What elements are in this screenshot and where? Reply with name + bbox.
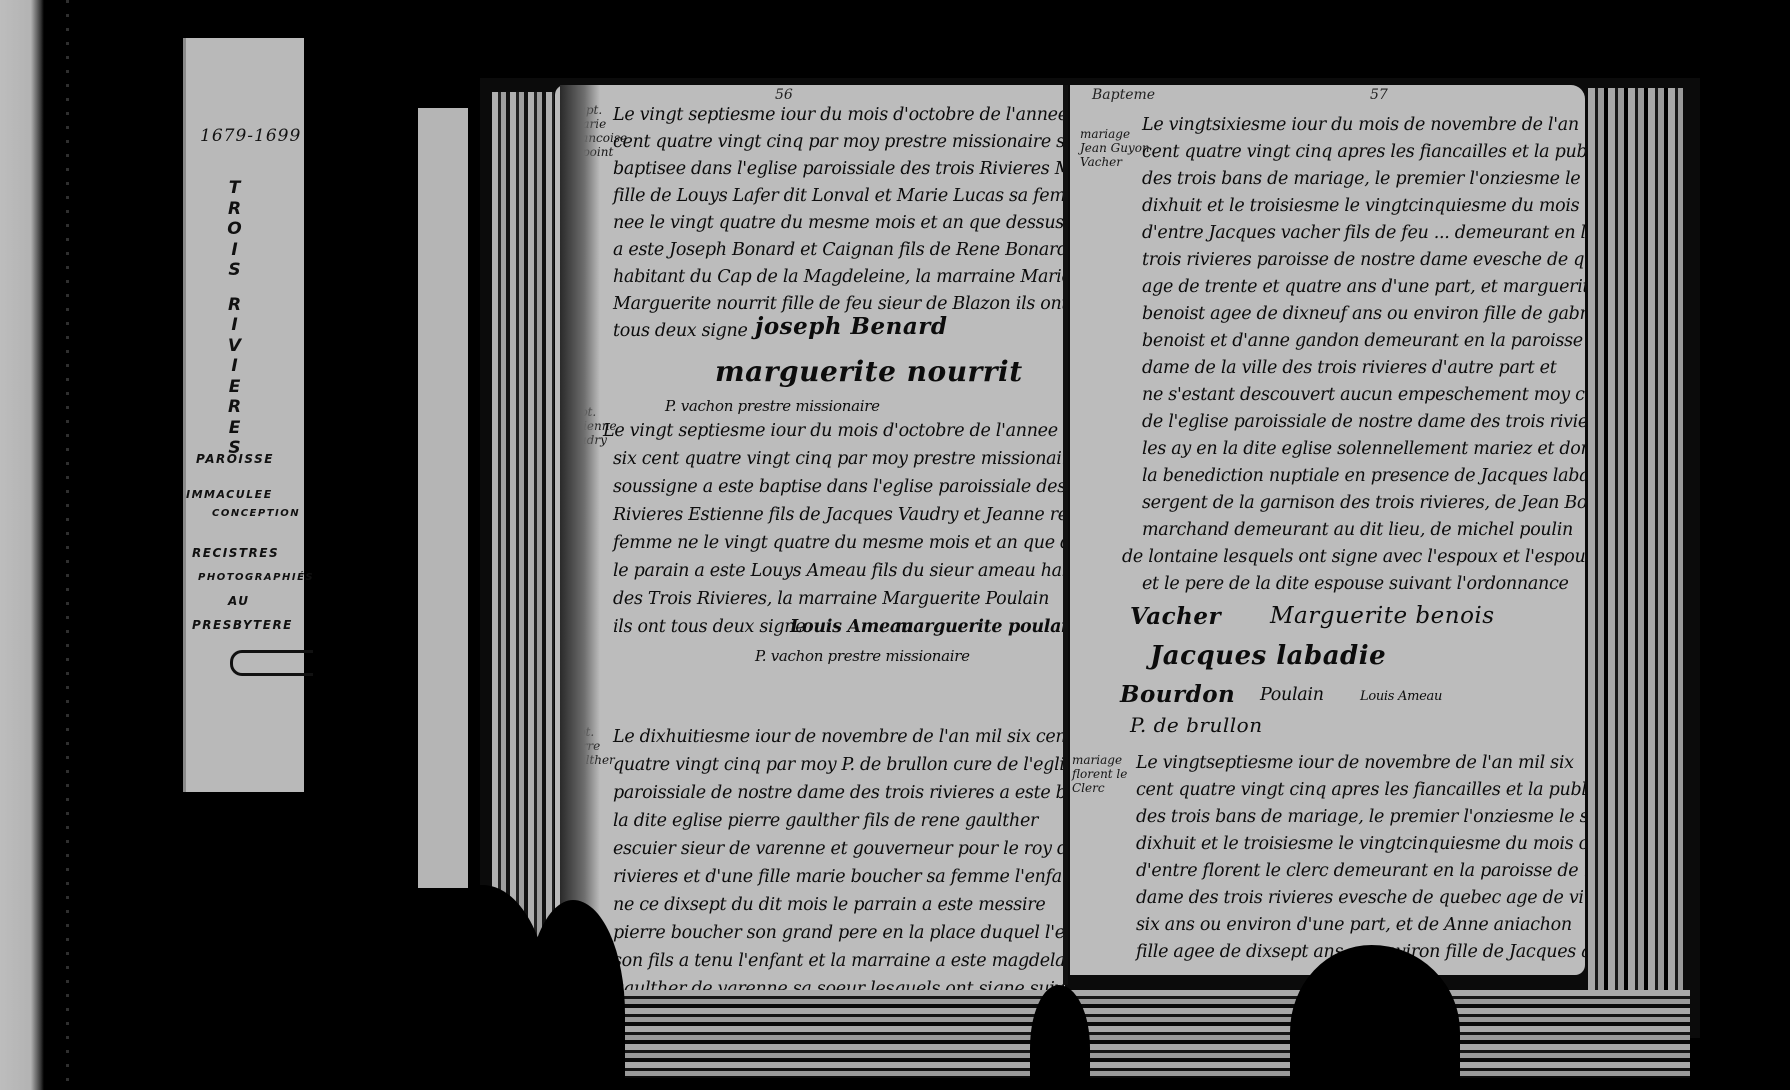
text-line: benoist et d'anne gandon demeurant en la… [1142,331,1585,351]
signature: P. vachon prestre missionaire [665,397,880,415]
text-line: benoist agee de dixneuf ans ou environ f… [1142,304,1585,324]
text-line: cent quatre vingt cinq apres les fiancai… [1142,142,1585,162]
bookmark-strip [418,108,468,888]
signature: marguerite nourrit [715,355,1023,388]
text-line: d'entre florent le clerc demeurant en la… [1136,861,1585,881]
text-line: des Trois Rivieres, la marraine Margueri… [613,589,1049,609]
text-line: femme ne le vingt quatre du mesme mois e… [613,533,1065,553]
signature: P. de brullon [1130,713,1263,737]
registers-line4: PRESBYTERE [192,618,293,632]
text-line: baptisee dans l'eglise paroissiale des t… [613,159,1065,179]
text-line: nee le vingt quatre du mesme mois et an … [613,213,1065,233]
parish-label: PAROISSE [196,452,274,466]
text-line: dixhuit et le troisiesme le vingtcinquie… [1142,196,1585,216]
margin-note: mariage Jean Guyon Vacher [1080,127,1150,169]
header-note: Bapteme [1092,87,1155,103]
text-line: Le vingtseptiesme iour de novembre de l'… [1136,753,1574,773]
text-line: ne ce dixsept du dit mois le parrain a e… [613,895,1045,915]
registers-line2: PHOTOGRAPHIÉS [198,572,314,583]
text-line: paroissiale de nostre dame des trois riv… [613,783,1065,803]
text-line: six cent quatre vingt cinq par moy prest… [613,449,1065,469]
text-line: son fils a tenu l'enfant et la marraine … [613,951,1065,971]
page-number: 56 [775,87,793,103]
text-line: Le dixhuitiesme iour de novembre de l'an… [613,727,1065,747]
text-line: a este Joseph Bonard et Caignan fils de … [613,240,1065,260]
scanner-edge [0,0,44,1090]
text-line: cent quatre vingt cinq par moy prestre m… [613,132,1065,152]
margin-note: mariage florent le Clerc [1072,753,1127,795]
text-line: rivieres et d'une fille marie boucher sa… [613,867,1065,887]
parish-name-line2: CONCEPTION [212,508,300,519]
title-card: 1679-1699 T R O I S R I V I E R E S PARO… [183,38,304,792]
text-line: gaulther de varenne sa soeur lesquels on… [613,979,1065,990]
text-line: les ay en la dite eglise solennellement … [1142,439,1585,459]
text-line: Le vingtsixiesme iour du mois de novembr… [1142,115,1585,135]
register-years: 1679-1699 [200,126,301,146]
signature: Vacher [1130,603,1221,630]
text-line: ne s'estant descouvert aucun empeschemen… [1142,385,1585,405]
registers-line1: RECISTRES [192,546,279,560]
page-number: 57 [1370,87,1388,103]
text-line: dame de la ville des trois rivieres d'au… [1142,358,1556,378]
text-line: Le vingt septiesme iour du mois d'octobr… [603,421,1065,441]
text-line: dixhuit et le troisiesme le vingtcinquie… [1136,834,1585,854]
text-line: habitant du Cap de la Magdeleine, la mar… [613,267,1065,287]
text-line: fille de Louys Lafer dit Lonval et Marie… [613,186,1065,206]
text-line: des trois bans de mariage, le premier l'… [1142,169,1585,189]
text-line: Rivieres Estienne fils de Jacques Vaudry… [613,505,1065,525]
text-line: sergent de la garnison des trois riviere… [1142,493,1585,513]
text-line: le parain a este Louys Ameau fils du sie… [613,561,1065,581]
text-line: Marguerite nourrit fille de feu sieur de… [613,294,1065,314]
text-line: six ans ou environ d'une part, et de Ann… [1136,915,1572,935]
paperclip-icon [230,650,313,676]
page-edges-bottom [590,990,1690,1078]
text-line: dame des trois rivieres evesche de quebe… [1136,888,1585,908]
text-line: cent quatre vingt cinq apres les fiancai… [1136,780,1585,800]
text-line: Le vingt septiesme iour du mois d'octobr… [613,105,1065,125]
text-line: marchand demeurant au dit lieu, de miche… [1142,520,1573,540]
text-line: soussigne a este baptise dans l'eglise p… [613,477,1065,497]
text-line: escuier sieur de varenne et gouverneur p… [613,839,1065,859]
place-name-vertical: T R O I S R I V I E R E S [226,178,244,459]
text-line: et le pere de la dite espouse suivant l'… [1142,574,1569,594]
text-line: la benediction nuptiale en presence de J… [1142,466,1585,486]
page-margin-shadow [560,85,600,990]
right-page: Bapteme 57 mariage Jean Guyon Vacher Le … [1070,85,1585,975]
text-line: tous deux signe [613,321,748,341]
signature: Jacques labadie [1150,641,1386,671]
text-line: d'entre Jacques vacher fils de feu ... d… [1142,223,1585,243]
film-perforation [66,0,69,1090]
signature: marguerite poulain [895,617,1065,637]
signature: joseph Benard [755,313,947,340]
signature: Marguerite benois [1270,603,1495,629]
text-line: trois rivieres paroisse de nostre dame e… [1142,250,1585,270]
signature: Bourdon [1120,681,1235,708]
text-line: ils ont tous deux signe [613,617,805,637]
parish-name-line1: IMMACULEE [186,488,273,501]
signature: Poulain [1260,685,1324,705]
text-line: la dite eglise pierre gaulther fils de r… [613,811,1038,831]
text-line: de lontaine lesquels ont signe avec l'es… [1122,547,1585,567]
text-line: age de trente et quatre ans d'une part, … [1142,277,1585,297]
text-line: de l'eglise paroissiale de nostre dame d… [1142,412,1585,432]
left-page: 56 bapt. marie francoise lapoint Le ving… [555,85,1065,990]
signature: P. vachon prestre missionaire [755,647,970,665]
registers-line3: AU [228,594,250,608]
text-line: des trois bans de mariage, le premier l'… [1136,807,1585,827]
signature: Louis Ameau [1360,689,1442,704]
page-edges-right [1588,88,1683,1028]
text-line: quatre vingt cinq par moy P. de brullon … [613,755,1065,775]
book-gutter [1063,85,1068,985]
text-line: pierre boucher son grand pere en la plac… [613,923,1065,943]
